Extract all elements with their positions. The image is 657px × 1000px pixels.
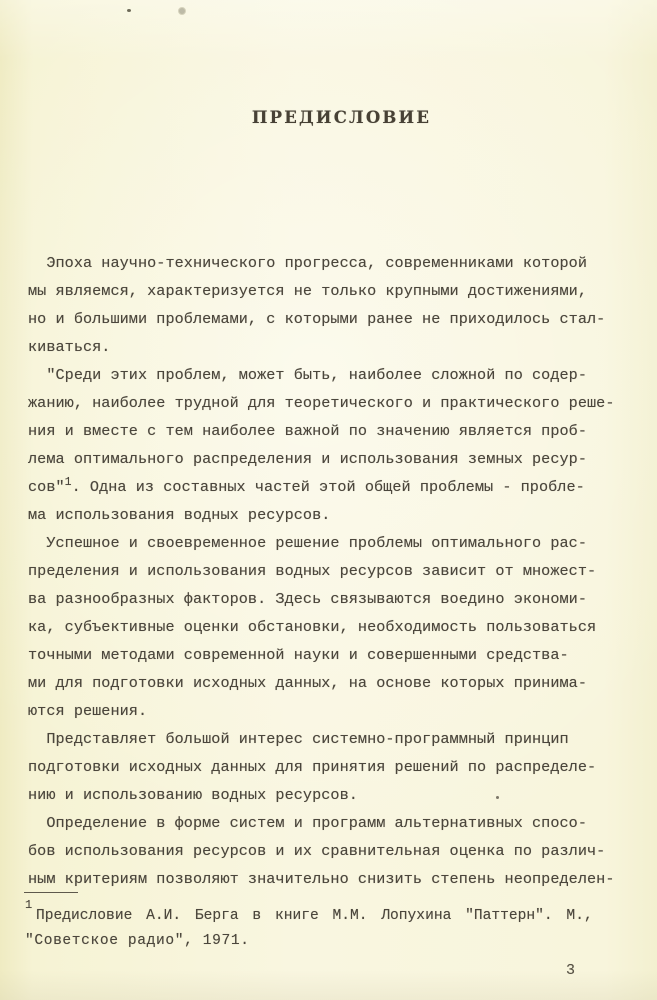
text-line: но и большими проблемами, с которыми ран…: [28, 305, 638, 333]
text-line: киваться.: [28, 333, 638, 361]
body-text: Эпоха научно-технического прогресса, сов…: [28, 249, 638, 893]
text-line: пределения и использования водных ресурс…: [28, 557, 638, 585]
text-line: ным критериям позволяют значительно сниз…: [28, 865, 638, 893]
text-line: Успешное и своевременное решение проблем…: [28, 529, 638, 557]
text-line: нию и использованию водных ресурсов.: [28, 781, 638, 809]
text-line: ми для подготовки исходных данных, на ос…: [28, 669, 638, 697]
text-line: ния и вместе с тем наиболее важной по зн…: [28, 417, 638, 445]
text-line: ются решения.: [28, 697, 638, 725]
text-line: ″Среди этих проблем, может быть, наиболе…: [28, 361, 638, 389]
text-line: ма использования водных ресурсов.: [28, 501, 638, 529]
text-line: ва разнообразных факторов. Здесь связыва…: [28, 585, 638, 613]
text-line: Представляет большой интерес системно-пр…: [28, 725, 638, 753]
text-line: лема оптимального распределения и исполь…: [28, 445, 638, 473]
text-line: точными методами современной науки и сов…: [28, 641, 638, 669]
page-number: 3: [566, 962, 575, 979]
text-line: ка, субъективные оценки обстановки, необ…: [28, 613, 638, 641]
text-segment: сов″: [28, 478, 65, 496]
scan-speck: [127, 9, 131, 12]
text-line: Эпоха научно-технического прогресса, сов…: [28, 249, 638, 277]
text-line: жанию, наиболее трудной для теоретическо…: [28, 389, 638, 417]
footnote-reference-mark: 1: [65, 476, 72, 489]
scan-speck: [178, 7, 186, 15]
footnote-divider: [24, 892, 78, 893]
text-line: подготовки исходных данных для принятия …: [28, 753, 638, 781]
text-line: сов″1. Одна из составных частей этой общ…: [28, 473, 638, 501]
footnote-line: ″Советское радио″, 1971.: [25, 931, 250, 951]
footnote-line: Предисловие А.И. Берга в книге М.М. Лопу…: [36, 906, 593, 926]
scanned-book-page: ПРЕДИСЛОВИЕ Эпоха научно-технического пр…: [0, 0, 657, 1000]
text-line: бов использования ресурсов и их сравните…: [28, 837, 638, 865]
text-line: Определение в форме систем и программ ал…: [28, 809, 638, 837]
text-segment: . Одна из составных частей этой общей пр…: [72, 478, 585, 496]
page-title: ПРЕДИСЛОВИЕ: [0, 108, 657, 127]
text-line: мы являемся, характеризуется не только к…: [28, 277, 638, 305]
footnote-marker: 1: [25, 898, 32, 912]
